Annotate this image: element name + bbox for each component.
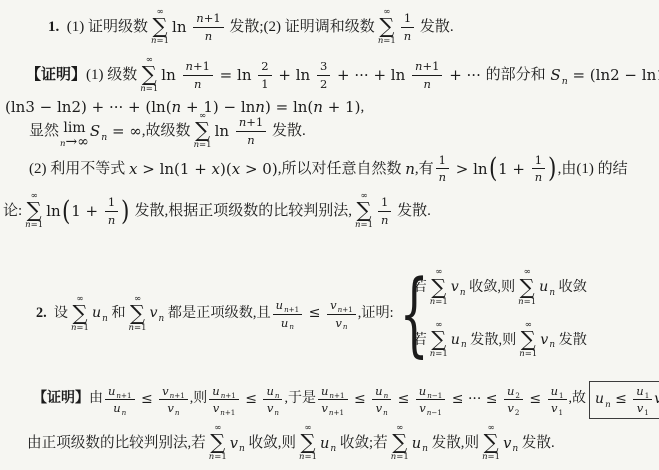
fraction: n+1n <box>236 115 266 147</box>
fraction-numerator: un+1 <box>105 384 135 400</box>
math-var: n <box>549 340 555 350</box>
math-sub: n <box>175 408 180 417</box>
math-sub: n+1 <box>221 391 236 400</box>
math-var: u <box>276 298 283 312</box>
math-sub: 1 <box>644 408 649 417</box>
text-cn: 发散. <box>268 122 306 140</box>
math-sub: 1 <box>559 408 564 417</box>
fraction-denominator: un <box>281 315 294 330</box>
math-var: n <box>460 288 466 298</box>
sum-lower-limit: n=1 <box>151 37 169 46</box>
math-var: u <box>595 391 604 407</box>
math-run: vn <box>540 332 555 349</box>
math-sub: n <box>343 322 348 331</box>
sigma-symbol: ∑ <box>379 17 394 37</box>
math-text: 2 <box>515 408 520 417</box>
math-var: u <box>507 384 514 398</box>
fraction-denominator: n <box>424 76 431 91</box>
math-run: un <box>320 435 336 453</box>
math-var: v <box>150 305 158 321</box>
math-var: n <box>274 408 279 417</box>
sigma-symbol: ∑ <box>195 121 210 141</box>
math-var: n <box>461 340 467 350</box>
fraction-numerator: 1 <box>532 153 545 169</box>
math-sub: n <box>605 400 611 410</box>
math-text: +1 <box>121 391 132 400</box>
math-text: +1 <box>342 305 353 314</box>
fraction: u1v1 <box>548 384 567 416</box>
math-sub: n <box>460 288 466 298</box>
math-text: +1 <box>193 59 210 73</box>
math-var: v <box>267 401 274 415</box>
sigma-symbol: ∑ <box>431 330 446 350</box>
math-var: u <box>539 279 548 295</box>
math-text: 2 <box>261 59 268 73</box>
math-var: n <box>247 133 254 147</box>
math-run: 1 + <box>498 160 530 178</box>
math-text: 1 <box>535 153 542 167</box>
math-run: ln <box>215 122 234 140</box>
math-text: +1 <box>225 408 236 417</box>
math-var: n <box>239 444 245 454</box>
math-var: v <box>540 332 548 348</box>
math-run: x > ln(1 + x)(x > 0) <box>129 160 278 178</box>
math-run: ln <box>46 202 60 220</box>
fraction-numerator: 3 <box>317 59 330 75</box>
sigma-symbol: ∑ <box>142 65 157 85</box>
math-var: u <box>321 384 328 398</box>
math-var: x <box>212 160 220 178</box>
fraction: un+1vn+1 <box>318 384 348 416</box>
math-sub: n+1 <box>338 305 353 314</box>
math-var: n <box>186 59 193 73</box>
math-sub: n−1 <box>427 408 442 417</box>
proof-1-line-1: 【证明】(1) 级数∞∑n=1ln n+1n = ln 21 + ln 32 +… <box>26 56 659 95</box>
text-cn: 设 <box>54 305 68 322</box>
fraction: 1n <box>401 11 414 43</box>
math-text <box>405 66 410 84</box>
text-cn-bold: 2. <box>36 305 54 322</box>
math-var: n <box>439 170 446 184</box>
sigma-symbol: ∑ <box>431 278 446 298</box>
fraction-numerator: 1 <box>401 11 414 27</box>
fraction-denominator: vn <box>267 400 279 415</box>
math-run: un ≤ <box>595 391 631 408</box>
fraction: 32 <box>317 59 330 91</box>
math-text: ≤ <box>611 391 632 407</box>
big-paren: ( <box>489 155 497 182</box>
fraction-denominator: n <box>205 28 212 43</box>
text-cn: 发散. <box>416 18 454 36</box>
math-run: + ··· <box>444 66 485 84</box>
fraction-denominator: n <box>108 212 115 227</box>
fraction-numerator: un <box>372 384 391 400</box>
fraction: un+1un <box>105 384 135 416</box>
math-var: v <box>654 391 659 407</box>
math-var: u <box>108 384 115 398</box>
math-run: vn <box>150 305 165 322</box>
cases-brace: { <box>399 268 410 360</box>
math-text: ln <box>11 98 25 116</box>
sigma-symbol: ∑ <box>300 433 315 453</box>
sigma-symbol: ∑ <box>130 304 145 324</box>
fraction-numerator: vn+1 <box>327 298 356 314</box>
fraction: unvn <box>263 384 282 416</box>
sum-lower-limit: n=1 <box>140 85 158 94</box>
math-text: =1 <box>214 452 227 462</box>
math-text: ln <box>237 66 251 84</box>
math-text: 1 <box>559 391 564 400</box>
math-text <box>186 18 191 36</box>
text-cn: 由正项级数的比较判别法,若 <box>27 435 206 453</box>
sigma-symbol: ∑ <box>521 330 536 350</box>
math-sub: n <box>289 322 294 331</box>
summation: ∞∑n=1 <box>71 295 89 334</box>
text-cn: ,有 <box>415 160 434 178</box>
math-text: ln <box>172 18 186 36</box>
math-sub: n <box>101 132 107 143</box>
math-text: = ∞ <box>107 122 142 140</box>
math-sub: n <box>330 444 336 454</box>
math-text: −1 <box>432 391 443 400</box>
math-run: vn <box>654 391 659 408</box>
sum-lower-limit: n=1 <box>378 37 396 46</box>
math-text: ≤ <box>241 391 262 407</box>
fraction-denominator: vn+1 <box>321 400 344 415</box>
math-var: n <box>175 408 180 417</box>
math-var: u <box>320 435 329 452</box>
fraction-denominator: vn−1 <box>419 400 442 415</box>
math-sub: n <box>512 444 518 454</box>
math-var: v <box>551 401 558 415</box>
sum-lower-limit: n=1 <box>25 221 43 230</box>
math-text: ln <box>160 160 174 178</box>
problem-1-statement: 1. (1) 证明级数∞∑n=1ln n+1n 发散;(2) 证明调和级数∞∑n… <box>48 8 454 47</box>
math-text: ≤ ··· ≤ <box>447 391 502 407</box>
math-text: +1 <box>204 11 221 25</box>
fraction: u1v1 <box>633 384 652 416</box>
math-sub: n+1 <box>170 391 185 400</box>
fraction: un−1vn−1 <box>416 384 446 416</box>
math-var: n <box>605 400 611 410</box>
math-sub: n+1 <box>284 305 299 314</box>
limit-subscript: n→∞ <box>60 135 89 150</box>
sum-lower-limit: n=1 <box>518 298 536 307</box>
sum-lower-limit: n=1 <box>519 350 537 359</box>
summation: ∞∑n=1 <box>355 192 373 231</box>
math-sub: n <box>549 288 555 298</box>
math-text: =1 <box>488 452 501 462</box>
text-cn-bold: 【证明】 <box>26 66 86 84</box>
summation: ∞∑n=1 <box>194 112 212 151</box>
fraction-denominator: 2 <box>320 76 327 91</box>
math-var: u <box>412 435 421 452</box>
math-text: =1 <box>383 36 396 46</box>
sum-lower-limit: n=1 <box>299 453 317 462</box>
summation: ∞∑n=1 <box>140 56 158 95</box>
math-var: v <box>376 401 383 415</box>
text-cn: 收敛,则 <box>245 435 296 453</box>
math-var: n <box>422 444 428 454</box>
math-text: =1 <box>134 323 147 333</box>
math-run: ≤ <box>393 391 414 408</box>
math-var: v <box>213 401 220 415</box>
math-text: 1 <box>381 195 388 209</box>
fraction-numerator: n+1 <box>236 115 266 131</box>
math-text: 1 + <box>71 202 103 220</box>
limit: limn→∞ <box>60 121 89 150</box>
fraction-denominator: v1 <box>637 400 649 415</box>
text-cn: (1) 证明级数 <box>67 18 148 36</box>
text-cn: , <box>360 98 364 116</box>
math-text: ≤ <box>393 391 414 407</box>
text-cn: 收敛;若 <box>336 435 388 453</box>
math-text: ≤ <box>137 391 158 407</box>
math-text: = <box>215 66 237 84</box>
fraction: n+1n <box>183 59 213 91</box>
big-paren: ) <box>548 155 556 182</box>
math-text: ln <box>473 160 487 178</box>
cases-row: 若∞∑n=1vn 收敛,则∞∑n=1un 收敛 <box>413 268 587 307</box>
math-text <box>229 122 234 140</box>
fraction-numerator: u1 <box>633 384 652 400</box>
math-text: +1 <box>422 59 439 73</box>
text-cn: 发散;(2) 证明调和级数 <box>226 18 375 36</box>
fraction: 1n <box>436 153 449 185</box>
math-text <box>176 66 181 84</box>
math-var: u <box>451 332 460 348</box>
math-run: n <box>405 160 415 178</box>
math-var: v <box>330 298 337 312</box>
summation: ∞∑n=1 <box>299 424 317 463</box>
math-text: =1 <box>435 349 448 359</box>
math-var: v <box>503 435 511 452</box>
math-run: vn <box>451 279 466 296</box>
math-run: ≤ ··· ≤ <box>447 391 502 408</box>
sum-lower-limit: n=1 <box>482 453 500 462</box>
fraction-numerator: u2 <box>504 384 523 400</box>
math-text <box>251 66 256 84</box>
math-text: =1 <box>146 84 159 94</box>
fraction-numerator: 1 <box>105 195 118 211</box>
sum-lower-limit: n=1 <box>194 141 212 150</box>
fraction-numerator: n+1 <box>183 59 213 75</box>
text-cn: ,故级数 <box>142 122 191 140</box>
proof-1-line-5: 论:∞∑n=1ln(1 + 1n) 发散,根据正项级数的比较判别法,∞∑n=11… <box>3 192 431 231</box>
math-run: ln <box>172 18 191 36</box>
math-run: ≤ <box>525 391 546 408</box>
sum-lower-limit: n=1 <box>391 453 409 462</box>
fraction-denominator: n <box>404 28 411 43</box>
math-text: ≤ <box>525 391 546 407</box>
sum-lower-limit: n=1 <box>430 350 448 359</box>
sum-lower-limit: n=1 <box>209 453 227 462</box>
math-run: > ln <box>451 160 488 178</box>
math-sub: n+1 <box>116 391 131 400</box>
sum-lower-limit: n=1 <box>129 324 147 333</box>
math-run: ln <box>161 66 180 84</box>
math-sub: n <box>384 391 389 400</box>
math-sub: 1 <box>559 391 564 400</box>
math-text: > <box>137 160 159 178</box>
summation: ∞∑n=1 <box>25 192 43 231</box>
math-sub: n+1 <box>220 408 235 417</box>
fraction-numerator: u1 <box>548 384 567 400</box>
math-sub: n <box>122 408 127 417</box>
math-sub: n <box>461 340 467 350</box>
text-cn: 由 <box>89 391 103 408</box>
math-var: u <box>266 384 273 398</box>
math-var: u <box>375 384 382 398</box>
sigma-symbol: ∑ <box>484 433 499 453</box>
text-cn: 发散,则 <box>428 435 479 453</box>
text-cn: ,证明: <box>358 305 394 322</box>
sigma-symbol: ∑ <box>520 278 535 298</box>
math-text: ≤ <box>350 391 371 407</box>
math-var: v <box>321 401 328 415</box>
summation: ∞∑n=1 <box>151 8 169 47</box>
math-text: ln <box>46 202 60 220</box>
fraction: vn+1vn <box>159 384 188 416</box>
fraction: n+1n <box>412 59 442 91</box>
math-text: −1 <box>431 408 442 417</box>
math-var: S <box>550 66 560 84</box>
math-var: n <box>196 11 203 25</box>
math-var: n <box>549 288 555 298</box>
fraction: 1n <box>532 153 545 185</box>
math-sub: n+1 <box>329 408 344 417</box>
text-cn: ,故 <box>569 391 587 408</box>
math-text: 1 <box>644 408 649 417</box>
text-cn: ,由(1) 的结 <box>558 160 628 178</box>
math-text: ln <box>642 66 656 84</box>
math-var: x <box>232 160 240 178</box>
math-text: + 1) <box>323 98 361 116</box>
text-cn: (2) 利用不等式 <box>29 160 129 178</box>
text-cn: 发散,则 <box>467 332 517 349</box>
text-cn: 发散,根据正项级数的比较判别法, <box>131 202 352 220</box>
math-text: =1 <box>396 452 409 462</box>
summation: ∞∑n=1 <box>430 321 448 360</box>
math-sub: 2 <box>515 391 520 400</box>
math-run: un <box>539 279 555 296</box>
sigma-symbol: ∑ <box>210 433 225 453</box>
math-var: n <box>330 444 336 454</box>
math-text: 2 − <box>610 66 642 84</box>
math-text: +1 <box>334 408 345 417</box>
big-paren: ( <box>62 198 70 225</box>
sigma-symbol: ∑ <box>392 433 407 453</box>
fraction-denominator: vn+1 <box>213 400 236 415</box>
math-text: =1 <box>199 140 212 150</box>
math-var: n <box>383 408 388 417</box>
boxed-formula: un ≤ u1v1vn <box>589 381 659 419</box>
math-text: ln <box>161 66 175 84</box>
text-cn: 论: <box>3 202 22 220</box>
math-var: u <box>92 305 101 321</box>
math-var: n <box>205 29 212 43</box>
math-text: + ··· <box>444 66 485 84</box>
text-cn: ,所以对任意自然数 <box>278 160 406 178</box>
math-text: 1 + <box>498 160 530 178</box>
sum-lower-limit: n=1 <box>71 324 89 333</box>
math-sub: n <box>562 76 568 87</box>
math-text: + <box>274 66 296 84</box>
fraction-denominator: n <box>194 76 201 91</box>
text-cn: 发散 <box>555 332 587 349</box>
math-run: vn <box>503 435 518 453</box>
proof-1-line-3: 显然limn→∞Sn = ∞,故级数∞∑n=1ln n+1n 发散. <box>29 112 306 151</box>
math-var: n <box>384 391 389 400</box>
math-run: vn <box>230 435 245 453</box>
math-var: u <box>113 401 120 415</box>
math-var: u <box>419 384 426 398</box>
fraction: un+1vn+1 <box>209 384 239 416</box>
math-text: )( <box>220 160 232 178</box>
text-cn: 都是正项级数,且 <box>164 305 270 322</box>
math-var: n <box>405 160 415 178</box>
math-text: > <box>451 160 473 178</box>
sigma-symbol: ∑ <box>72 304 87 324</box>
math-text: 1 <box>404 11 411 25</box>
sigma-symbol: ∑ <box>153 17 168 37</box>
math-var: n <box>101 132 107 143</box>
math-run: + ··· + ln <box>332 66 410 84</box>
math-var: n <box>275 391 280 400</box>
text-cn: 发散. <box>393 202 431 220</box>
math-text: + ··· + <box>332 66 391 84</box>
fraction-denominator: n <box>381 212 388 227</box>
fraction: un+1un <box>273 298 303 330</box>
math-var: n <box>122 408 127 417</box>
fraction-denominator: vn <box>167 400 179 415</box>
summation: ∞∑n=1 <box>482 424 500 463</box>
math-text: =1 <box>435 297 448 307</box>
proof-2-line-1: 【证明】由un+1un ≤ vn+1vn,则un+1vn+1 ≤ unvn,于是… <box>33 381 659 419</box>
summation: ∞∑n=1 <box>519 321 537 360</box>
fraction: u2v2 <box>504 384 523 416</box>
sum-lower-limit: n=1 <box>355 221 373 230</box>
text-cn: 收敛 <box>555 279 587 296</box>
math-text: =1 <box>31 220 44 230</box>
math-var: n <box>313 98 323 116</box>
fraction-numerator: 2 <box>258 59 271 75</box>
fraction-numerator: un <box>263 384 282 400</box>
proof-2-line-2: 由正项级数的比较判别法,若∞∑n=1vn 收敛,则∞∑n=1un 收敛;若∞∑n… <box>27 424 555 463</box>
math-text: ln <box>596 66 610 84</box>
cases-rows: 若∞∑n=1vn 收敛,则∞∑n=1un 收敛若∞∑n=1un 发散,则∞∑n=… <box>413 268 587 359</box>
math-var: v <box>419 401 426 415</box>
math-var: n <box>159 314 165 324</box>
math-var: u <box>212 384 219 398</box>
fraction-denominator: v2 <box>507 400 519 415</box>
math-sub: n <box>275 391 280 400</box>
math-var: u <box>551 384 558 398</box>
fraction-numerator: 1 <box>436 153 449 169</box>
summation: ∞∑n=1 <box>391 424 409 463</box>
math-var: v <box>451 279 459 295</box>
math-run: 1 + <box>71 202 103 220</box>
math-run: ≤ <box>137 391 158 408</box>
fraction-numerator: un+1 <box>273 298 303 314</box>
summation: ∞∑n=1 <box>430 268 448 307</box>
fraction-denominator: n <box>439 169 446 184</box>
math-sub: n+1 <box>329 391 344 400</box>
math-run: = ln <box>215 66 256 84</box>
math-run: ≤ <box>350 391 371 408</box>
fraction-numerator: 1 <box>378 195 391 211</box>
math-text: ≤ <box>304 305 325 321</box>
